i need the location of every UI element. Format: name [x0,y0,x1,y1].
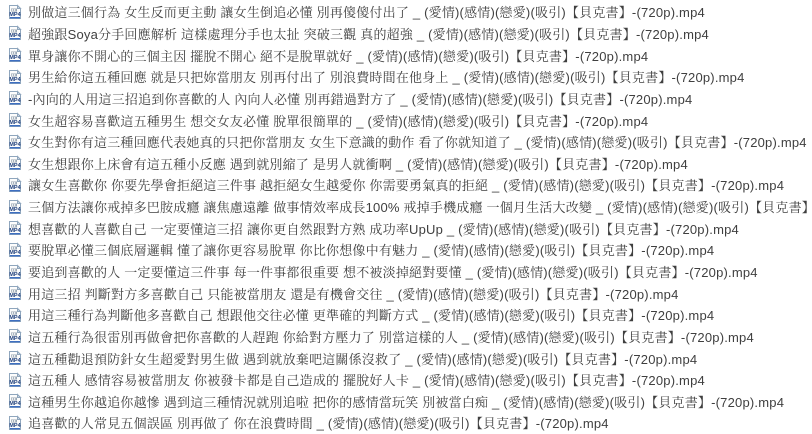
file-name: 單身讓你不開心的三個主因 擺脫不開心 絕不是脫單就好 _ (愛情)(感情)(戀愛… [28,46,648,65]
mp4-file-icon: MP4 [7,112,23,128]
file-list: MP4 別做這三個行為 女生反而更主動 讓女生倒追必懂 別再傻傻付出了 _ (愛… [0,0,812,434]
file-name: 要脫單必懂三個底層邏輯 懂了讓你更容易脫單 你比你想像中有魅力 _ (愛情)(感… [28,240,714,259]
mp4-file-icon: MP4 [7,242,23,258]
list-item[interactable]: MP4 這種男生你越追你越慘 遇到這三種情況就別追啦 把你的感情當玩笑 別被當白… [0,391,812,413]
list-item[interactable]: MP4 要脫單必懂三個底層邏輯 懂了讓你更容易脫單 你比你想像中有魅力 _ (愛… [0,239,812,261]
mp4-file-icon: MP4 [7,307,23,323]
mp4-file-icon: MP4 [7,264,23,280]
file-name: 三個方法讓你戒掉多巴胺成癮 讓焦慮遠離 做事情效率成長100% 戒掉手機成癮 一… [28,197,812,216]
list-item[interactable]: MP4 女生想跟你上床會有這五種小反應 遇到就別縮了 是男人就衝啊 _ (愛情)… [0,152,812,174]
list-item[interactable]: MP4 -內向的人用這三招追到你喜歡的人 內向人必懂 別再錯過對方了 _ (愛情… [0,88,812,110]
list-item[interactable]: MP4 超強跟Soya分手回應解析 這樣處理分手也太扯 突破三觀 真的超強 _ … [0,23,812,45]
mp4-file-icon: MP4 [7,4,23,20]
list-item[interactable]: MP4 女生對你有這三種回應代表她真的只把你當朋友 女生下意識的動作 看了你就知… [0,131,812,153]
file-name: 女生想跟你上床會有這五種小反應 遇到就別縮了 是男人就衝啊 _ (愛情)(感情)… [28,154,688,173]
mp4-file-icon: MP4 [7,69,23,85]
list-item[interactable]: MP4 追喜歡的人常見五個誤區 別再做了 你在浪費時間 _ (愛情)(感情)(戀… [0,412,812,434]
mp4-file-icon: MP4 [7,90,23,106]
mp4-file-icon: MP4 [7,25,23,41]
mp4-file-icon: MP4 [7,220,23,236]
mp4-file-icon: MP4 [7,393,23,409]
mp4-file-icon: MP4 [7,372,23,388]
list-item[interactable]: MP4 讓女生喜歡你 你要先學會拒絕這三件事 越拒絕女生越愛你 你需要勇氣真的拒… [0,174,812,196]
mp4-file-icon: MP4 [7,328,23,344]
mp4-file-icon: MP4 [7,199,23,215]
file-name: 女生對你有這三種回應代表她真的只把你當朋友 女生下意識的動作 看了你就知道了 _… [28,132,807,151]
file-name: 這五種勸退預防針女生超愛對男生做 遇到就放棄吧這關係沒救了 _ (愛情)(感情)… [28,349,697,368]
mp4-file-icon: MP4 [7,47,23,63]
list-item[interactable]: MP4 三個方法讓你戒掉多巴胺成癮 讓焦慮遠離 做事情效率成長100% 戒掉手機… [0,196,812,218]
file-name: 追喜歡的人常見五個誤區 別再做了 你在浪費時間 _ (愛情)(感情)(戀愛)(吸… [28,413,609,432]
mp4-file-icon: MP4 [7,415,23,431]
file-name: 男生給你這五種回應 就是只把妳當朋友 別再付出了 別浪費時間在他身上 _ (愛情… [28,67,745,86]
list-item[interactable]: MP4 用這三種行為判斷他多喜歡自己 想跟他交往必懂 更準確的判斷方式 _ (愛… [0,304,812,326]
file-name: 超強跟Soya分手回應解析 這樣處理分手也太扯 突破三觀 真的超強 _ (愛情)… [28,24,709,43]
list-item[interactable]: MP4 用這三招 判斷對方多喜歡自己 只能被當朋友 還是有機會交往 _ (愛情)… [0,282,812,304]
mp4-file-icon: MP4 [7,177,23,193]
list-item[interactable]: MP4 女生超容易喜歡這五種男生 想交女友必懂 脫單很簡單的 _ (愛情)(感情… [0,109,812,131]
file-name: 別做這三個行為 女生反而更主動 讓女生倒追必懂 別再傻傻付出了 _ (愛情)(感… [28,2,705,21]
file-name: 女生超容易喜歡這五種男生 想交女友必懂 脫單很簡單的 _ (愛情)(感情)(戀愛… [28,111,648,130]
list-item[interactable]: MP4 男生給你這五種回應 就是只把妳當朋友 別再付出了 別浪費時間在他身上 _… [0,66,812,88]
list-item[interactable]: MP4 單身讓你不開心的三個主因 擺脫不開心 絕不是脫單就好 _ (愛情)(感情… [0,44,812,66]
file-manager-window: MP4 別做這三個行為 女生反而更主動 讓女生倒追必懂 別再傻傻付出了 _ (愛… [0,0,812,434]
file-name: 用這三招 判斷對方多喜歡自己 只能被當朋友 還是有機會交往 _ (愛情)(感情)… [28,284,679,303]
list-item[interactable]: MP4 別做這三個行為 女生反而更主動 讓女生倒追必懂 別再傻傻付出了 _ (愛… [0,1,812,23]
list-item[interactable]: MP4 這五種人 感情容易被當朋友 你被發卡都是自己造成的 擺脫好人卡 _ (愛… [0,369,812,391]
file-name: -內向的人用這三招追到你喜歡的人 內向人必懂 別再錯過對方了 _ (愛情)(感情… [28,89,692,108]
mp4-file-icon: MP4 [7,155,23,171]
file-name: 用這三種行為判斷他多喜歡自己 想跟他交往必懂 更準確的判斷方式 _ (愛情)(感… [28,305,714,324]
file-name: 要追到喜歡的人 一定要懂這三件事 每一件事都很重要 想不被淡掉絕對要懂 _ (愛… [28,262,758,281]
list-item[interactable]: MP4 這五種勸退預防針女生超愛對男生做 遇到就放棄吧這關係沒救了 _ (愛情)… [0,347,812,369]
file-name: 這五種行為很雷別再做會把你喜歡的人趕跑 你給對方壓力了 別當這樣的人 _ (愛情… [28,327,754,346]
file-name: 這五種人 感情容易被當朋友 你被發卡都是自己造成的 擺脫好人卡 _ (愛情)(感… [28,370,705,389]
mp4-file-icon: MP4 [7,134,23,150]
file-name: 這種男生你越追你越慘 遇到這三種情況就別追啦 把你的感情當玩笑 別被當白痴 _ … [28,392,784,411]
mp4-file-icon: MP4 [7,285,23,301]
file-name: 讓女生喜歡你 你要先學會拒絕這三件事 越拒絕女生越愛你 你需要勇氣真的拒絕 _ … [28,175,784,194]
mp4-file-icon: MP4 [7,350,23,366]
file-name: 想喜歡的人喜歡自己 一定要懂這三招 讓你更自然跟對方熟 成功率UpUp _ (愛… [28,219,739,238]
list-item[interactable]: MP4 這五種行為很雷別再做會把你喜歡的人趕跑 你給對方壓力了 別當這樣的人 _… [0,326,812,348]
list-item[interactable]: MP4 想喜歡的人喜歡自己 一定要懂這三招 讓你更自然跟對方熟 成功率UpUp … [0,217,812,239]
list-item[interactable]: MP4 要追到喜歡的人 一定要懂這三件事 每一件事都很重要 想不被淡掉絕對要懂 … [0,261,812,283]
